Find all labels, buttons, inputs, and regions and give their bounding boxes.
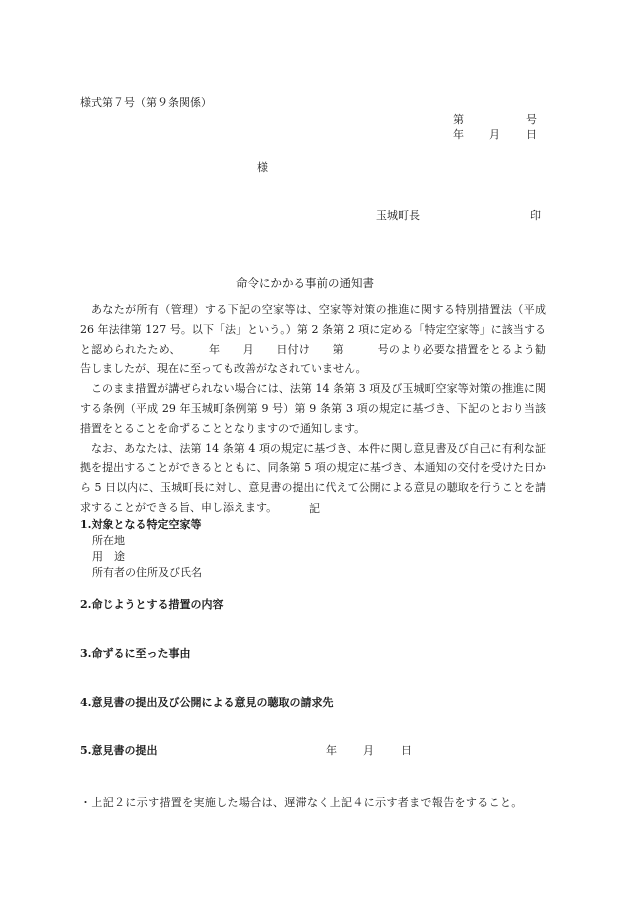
item-1-owner: 所有者の住所及び氏名 [92, 566, 202, 580]
seal-mark: 印 [530, 209, 541, 223]
item-5-year: 年 [326, 744, 337, 758]
document-title: 命令にかかる事前の通知書 [236, 276, 374, 290]
paragraph-notice: あなたが所有（管理）する下記の空家等は、空家等対策の推進に関する特別措置法（平成… [80, 300, 546, 379]
item-4-label: 4.意見書の提出及び公開による意見の聴取の請求先 [80, 696, 333, 710]
form-label: 様式第７号（第９条関係） [80, 96, 212, 110]
body-text: あなたが所有（管理）する下記の空家等は、空家等対策の推進に関する特別措置法（平成… [80, 300, 546, 518]
item-5-month: 月 [363, 744, 374, 758]
date-year-label: 年 [453, 128, 464, 142]
date-month-label: 月 [489, 128, 500, 142]
item-5-day: 日 [401, 744, 412, 758]
record-heading: 記 [309, 502, 320, 516]
doc-number-suffix: 号 [526, 113, 537, 127]
item-3-label: 3.命ずるに至った事由 [80, 647, 190, 661]
report-note: ・上記２に示す措置を実施した場合は、遅滞なく上記４に示す者まで報告をすること。 [80, 796, 523, 810]
paragraph-order-warning: このまま措置が講ぜられない場合には、法第 14 条第 3 項及び玉城町空家等対策… [80, 379, 546, 438]
doc-number-prefix: 第 [453, 113, 464, 127]
date-day-label: 日 [526, 128, 537, 142]
item-1-label: 1.対象となる特定空家等 [80, 518, 201, 532]
item-1-location: 所在地 [92, 534, 125, 548]
issuer-name: 玉城町長 [376, 209, 420, 223]
item-5-label: 5.意見書の提出 [80, 744, 157, 758]
item-2-label: 2.命じようとする措置の内容 [80, 598, 223, 612]
addressee-suffix: 様 [257, 161, 268, 175]
item-1-use: 用 途 [92, 550, 125, 564]
